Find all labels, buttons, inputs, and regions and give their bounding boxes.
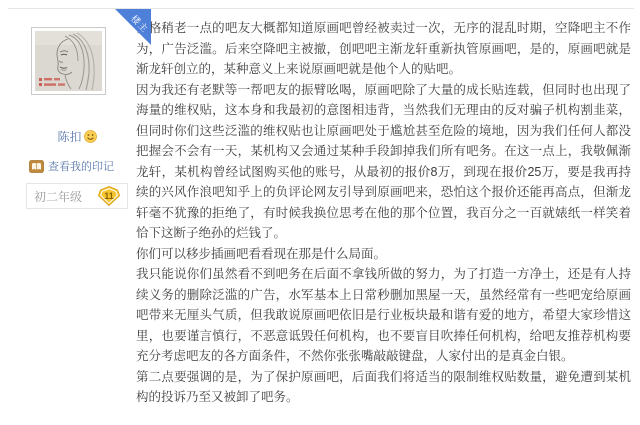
post-paragraph: 我只能说你们虽然看不到吧务在后面不拿钱所做的努力，为了打造一方净土，还是有人持续… [136, 264, 631, 367]
author-name-link[interactable]: 陈扣 [57, 128, 81, 145]
thread-author-ribbon: 楼主 [115, 9, 151, 45]
level-value: 11 [104, 191, 114, 201]
imprint-label: 查看我的印记 [48, 158, 114, 174]
post-paragraph: 第二点要强调的是，为了保护原画吧，后面我们将适当的限制维权贴数量，避免遭到某机构… [136, 367, 631, 408]
author-level-box: 初二年级 11 [26, 183, 128, 209]
imprint-book-icon [29, 160, 44, 173]
level-label: 初二年级 [34, 188, 82, 205]
smiley-emoji-icon [84, 130, 97, 143]
avatar-sketch-image [35, 31, 102, 91]
post-paragraph: 你们可以移步插画吧看看现在那是什么局面。 [136, 244, 631, 265]
author-row: 陈扣 [26, 128, 128, 145]
forum-post: 楼主 [0, 9, 640, 408]
author-sidebar: 楼主 [26, 9, 128, 408]
avatar[interactable] [31, 27, 106, 95]
post-body: 资格稍老一点的吧友大概都知道原画吧曾经被卖过一次，无序的混乱时期，空降吧主不作为… [136, 9, 631, 408]
view-imprint-link[interactable]: 查看我的印记 [26, 158, 128, 174]
level-gem-icon: 11 [98, 186, 120, 206]
post-paragraph: 资格稍老一点的吧友大概都知道原画吧曾经被卖过一次，无序的混乱时期，空降吧主不作为… [136, 18, 631, 80]
post-paragraph: 因为我还有老默等一帮吧友的振臂吆喝，原画吧除了大量的成长贴连载，但同时也出现了海… [136, 80, 631, 244]
